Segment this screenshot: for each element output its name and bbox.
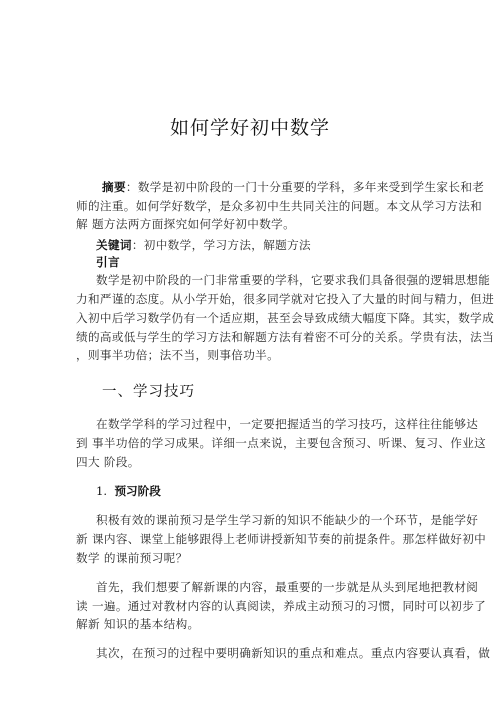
preview-para1-line-1: 积极有效的课前预习是学生学习新的知识不能缺少的一个环节，是能学好 [96,513,446,527]
section1-line-2: 到 事半功倍的学习成果。详细一点来说，主要包含预习、听课、复习、作业这 [76,436,426,450]
section1-line-3: 四大 阶段。 [76,455,426,469]
preview-para1-line-2: 新 课内容、课堂上能够跟得上老师讲授新知节奏的前提条件。那怎样做好初中 [76,532,426,546]
intro-line-4: 绩的高或低与学生的学习方法和解题方法有着密不可分的关系。学贵有法，法当 [76,330,426,344]
subsection-title: 预习阶段 [114,484,160,498]
keywords-line: 关键词：初中数学，学习方法，解题方法 [96,238,446,252]
preview-para2-line-3: 解新 知识的基本结构。 [76,617,426,631]
subsection-number: 1. [96,484,107,498]
intro-line-2: 力和严谨的态度。从小学开始，很多同学就对它投入了大量的时间与精力，但进 [76,292,426,306]
keywords-text: ：初中数学，学习方法，解题方法 [132,238,311,252]
preview-para2-line-1: 首先，我们想要了解新课的内容，最重要的一步就是从头到尾地把教材阅 [96,580,446,594]
keywords-label: 关键词 [96,238,132,252]
preview-para2-line-2: 读 一遍。通过对教材内容的认真阅读，养成主动预习的习惯，同时可以初步了 [76,599,426,613]
preview-para1-line-3: 数学 的课前预习呢？ [76,551,426,565]
intro-line-1: 数学是初中阶段的一门非常重要的学科，它要求我们具备很强的逻辑思想能 [96,273,446,287]
abstract-line-1: 摘要：数学是初中阶段的一门十分重要的学科，多年来受到学生家长和老 [102,180,452,194]
abstract-text: ：数学是初中阶段的一门十分重要的学科，多年来受到学生家长和老 [126,180,484,194]
intro-line-3: 入初中后学习数学仍有一个适应期，甚至会导致成绩大幅度下降。其实，数学成 [76,311,426,325]
abstract-label: 摘要 [102,180,126,194]
preview-para3-line-1: 其次，在预习的过程中要明确新知识的重点和难点。重点内容要认真看，做 [96,646,446,660]
section-heading-study-skills: 一、学习技巧 [102,380,195,401]
intro-line-5: ，则事半功倍；法不当，则事倍功半。 [76,348,426,362]
section1-line-1: 在数学学科的学习过程中，一定要把握适当的学习技巧，这样往往能够达 [96,417,446,431]
document-page: 如何学好初中数学 摘要：数学是初中阶段的一门十分重要的学科，多年来受到学生家长和… [0,0,500,707]
abstract-line-2: 师的注重。如何学好数学，是众多初中生共同关注的问题。本文从学习方法和 [76,199,426,213]
abstract-line-3: 解 题方法两方面探究如何学好初中数学。 [76,217,426,231]
intro-heading: 引言 [96,255,446,269]
subsection-heading-preview: 1. 预习阶段 [96,483,161,499]
document-title: 如何学好初中数学 [0,113,500,140]
